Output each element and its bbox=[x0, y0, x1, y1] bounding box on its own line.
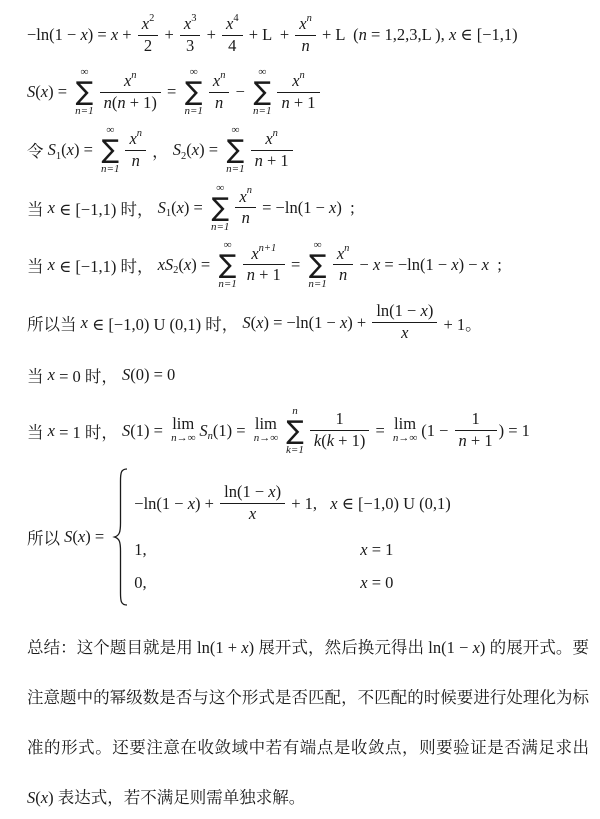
math-token: + bbox=[202, 25, 220, 45]
fraction: x22 bbox=[138, 14, 159, 56]
math-token: n bbox=[281, 93, 289, 114]
math-token: x bbox=[129, 129, 136, 150]
math-token: x bbox=[226, 14, 233, 35]
math-token: 4 bbox=[228, 36, 236, 57]
math-token: ) = bbox=[74, 140, 97, 160]
math-token: n bbox=[220, 69, 225, 82]
math-token: x bbox=[184, 255, 191, 275]
math-token: + L ( bbox=[318, 25, 359, 45]
math-token: + 1) bbox=[334, 431, 365, 452]
math-token: n bbox=[132, 151, 140, 172]
math-token: x bbox=[213, 71, 220, 92]
math-token: n bbox=[117, 93, 125, 114]
math-token: − bbox=[355, 255, 373, 275]
math-token: ) bbox=[48, 788, 58, 807]
math-token: ln(1 − x) bbox=[220, 482, 285, 503]
math-token: (1) = bbox=[130, 421, 167, 441]
math-token: S bbox=[173, 140, 181, 160]
math-token: + bbox=[118, 25, 136, 45]
math-token: ， bbox=[148, 138, 173, 162]
summation-operator: ∞∑n=1 bbox=[211, 182, 229, 233]
math-token: 3 bbox=[180, 35, 201, 57]
math-token: x bbox=[330, 494, 337, 514]
case-condition: x = 0 bbox=[330, 573, 393, 593]
formula-s-cases: 所以 S(x) = −ln(1 − x) + ln(1 − x)x + 1, x… bbox=[27, 467, 600, 607]
math-token: 4 bbox=[233, 12, 238, 25]
math-token: n=1 bbox=[101, 163, 119, 176]
summation-operator: ∞∑n=1 bbox=[226, 124, 244, 175]
fraction: ln(1 − x)x bbox=[372, 301, 437, 343]
math-token: x bbox=[329, 198, 336, 218]
math-token: ∑ bbox=[253, 79, 271, 105]
math-token: 当 bbox=[27, 419, 48, 443]
math-token: ∑ bbox=[185, 79, 203, 105]
math-token: 3 bbox=[186, 36, 194, 57]
math-token: ) + bbox=[347, 313, 370, 333]
math-token: = 1 bbox=[368, 540, 394, 560]
math-token: ∑ bbox=[101, 137, 119, 163]
math-token: n bbox=[235, 207, 256, 229]
math-token: ∑ bbox=[309, 252, 327, 278]
math-token: 当 bbox=[27, 253, 48, 277]
math-token: 2 bbox=[149, 12, 154, 25]
math-token: ∑ bbox=[219, 252, 237, 278]
summation-operator: ∞∑n=1 bbox=[101, 124, 119, 175]
math-token: = bbox=[371, 421, 389, 441]
math-token: n bbox=[273, 127, 278, 140]
formula-s-at-0: 当 x = 0 时， S(0) = 0 bbox=[27, 363, 600, 387]
summation-operator: ∞∑n=1 bbox=[308, 239, 326, 290]
math-token: ∈ [−1,1) 时， bbox=[55, 196, 158, 220]
math-token: x4 bbox=[222, 14, 243, 35]
math-token: x bbox=[48, 198, 55, 218]
fraction: xn+1n + 1 bbox=[243, 244, 285, 286]
math-token: n bbox=[339, 265, 347, 286]
math-token: = 1 时， bbox=[55, 419, 122, 443]
math-token: 1 bbox=[471, 409, 479, 430]
left-brace-icon bbox=[112, 467, 129, 607]
fraction: xnn + 1 bbox=[251, 129, 293, 171]
math-token: k bbox=[314, 431, 321, 452]
math-token: ∈ [−1,1) 时， bbox=[55, 253, 158, 277]
math-token: n bbox=[104, 93, 112, 114]
math-token: x bbox=[177, 198, 184, 218]
math-token: x bbox=[373, 255, 380, 275]
summation-operator: ∞∑n=1 bbox=[75, 66, 93, 117]
math-token: 0, bbox=[134, 573, 146, 593]
fraction: 1k(k + 1) bbox=[310, 409, 369, 451]
math-token: x bbox=[184, 14, 191, 35]
case-expression: 0, bbox=[134, 573, 330, 593]
fraction: xnn bbox=[333, 244, 354, 286]
formula-ln-expansion: −ln(1 − x) = x + x22 + x33 + x44 + L + x… bbox=[27, 10, 600, 60]
fraction: x33 bbox=[180, 14, 201, 56]
math-token: x bbox=[256, 313, 263, 333]
math-token: + 1) bbox=[126, 93, 157, 114]
summation-operator: n∑k=1 bbox=[286, 405, 304, 456]
math-token: n bbox=[255, 151, 263, 172]
formula-s1-sum: 当 x ∈ [−1,1) 时， S1(x) = ∞∑n=1xnn = −ln(1… bbox=[27, 182, 600, 233]
math-token: ) − bbox=[459, 255, 482, 275]
math-token: ∑ bbox=[227, 137, 245, 163]
summation-operator: ∞∑n=1 bbox=[218, 239, 236, 290]
math-token: = −ln(1 − bbox=[380, 255, 451, 275]
math-token: 总结：这个题目就是用 bbox=[27, 638, 197, 657]
case-row-x-equals-0: 0, x = 0 bbox=[134, 573, 451, 593]
math-token: S bbox=[158, 198, 166, 218]
math-token: n bbox=[359, 25, 367, 45]
math-token: ln(1 − bbox=[224, 482, 268, 503]
fraction: xnn(n + 1) bbox=[100, 71, 161, 113]
math-token: 当 bbox=[27, 363, 48, 387]
math-token: S bbox=[48, 140, 56, 160]
math-token: ) = bbox=[85, 527, 108, 547]
math-token: xn bbox=[100, 71, 161, 92]
math-token: ) bbox=[249, 638, 259, 657]
math-token: ) bbox=[428, 301, 434, 322]
math-token: x bbox=[337, 244, 344, 265]
math-token: ) = bbox=[48, 82, 71, 102]
math-token: ) = bbox=[88, 25, 111, 45]
math-token: ) = bbox=[199, 140, 222, 160]
math-token: x bbox=[268, 482, 275, 503]
math-token: x bbox=[360, 573, 367, 593]
math-token: x bbox=[473, 638, 480, 657]
math-token: + 1 bbox=[467, 431, 493, 452]
math-token: = 0 bbox=[368, 573, 394, 593]
math-token: x bbox=[292, 71, 299, 92]
math-token: x bbox=[299, 14, 306, 35]
case-row-union: −ln(1 − x) + ln(1 − x)x + 1, x ∈ [−1,0) … bbox=[134, 481, 451, 527]
math-token: xn bbox=[209, 71, 230, 92]
cases-rows: −ln(1 − x) + ln(1 − x)x + 1, x ∈ [−1,0) … bbox=[134, 481, 451, 593]
formula-series-split: S(x) = ∞∑n=1xnn(n + 1) = ∞∑n=1xnn − ∞∑n=… bbox=[27, 66, 600, 118]
math-token: n bbox=[131, 69, 136, 82]
math-token: ) bbox=[480, 638, 490, 657]
math-token: = bbox=[287, 255, 305, 275]
math-token: x bbox=[67, 140, 74, 160]
case-condition: x ∈ [−1,0) U (0,1) bbox=[330, 494, 451, 514]
summary-paragraph: 总结：这个题目就是用 ln(1 + x) 展开式，然后换元得出 ln(1 − x… bbox=[27, 623, 589, 819]
math-token: −ln(1 − bbox=[134, 494, 187, 514]
case-expression: −ln(1 − x) + ln(1 − x)x + 1, bbox=[134, 482, 330, 524]
math-token: n→∞ bbox=[254, 432, 278, 445]
math-token: S bbox=[64, 527, 72, 547]
math-token: n=1 bbox=[211, 221, 229, 234]
math-token: n bbox=[208, 431, 213, 442]
math-token: x bbox=[80, 25, 87, 45]
math-token: 2 bbox=[138, 35, 159, 57]
math-token: 1 bbox=[335, 409, 343, 430]
math-token: x bbox=[251, 244, 258, 265]
fraction: xnn bbox=[125, 129, 146, 171]
math-token: ) ; bbox=[336, 198, 354, 218]
math-token: x bbox=[48, 421, 55, 441]
math-token: −ln(1 − bbox=[27, 25, 80, 45]
math-token: + 1, bbox=[287, 494, 317, 514]
math-token: x2 bbox=[138, 14, 159, 35]
math-token: ) + bbox=[195, 494, 218, 514]
math-token: 所以 bbox=[27, 525, 64, 549]
math-token: + 1 bbox=[255, 265, 281, 286]
math-token: = −ln(1 − bbox=[258, 198, 329, 218]
math-token: ) = bbox=[184, 198, 207, 218]
math-token: + 1 bbox=[290, 93, 316, 114]
math-token: lim bbox=[255, 416, 277, 433]
math-token: 1, bbox=[134, 540, 146, 560]
math-token: x bbox=[48, 255, 55, 275]
math-token: x bbox=[241, 638, 248, 657]
math-token: x bbox=[142, 14, 149, 35]
math-token: k=1 bbox=[286, 444, 304, 457]
fraction: ln(1 − x)x bbox=[220, 482, 285, 524]
math-token: xn bbox=[125, 129, 146, 150]
math-token: ) bbox=[276, 482, 282, 503]
math-token: x bbox=[265, 129, 272, 150]
math-token: + 1 bbox=[263, 151, 289, 172]
math-token: xn bbox=[295, 14, 316, 35]
math-token: n bbox=[137, 127, 142, 140]
math-token: ∈ [−1,0) U (0,1) 时， bbox=[88, 311, 242, 335]
math-token: n=1 bbox=[253, 105, 271, 118]
math-token: n + 1 bbox=[243, 264, 285, 286]
math-token: n=1 bbox=[75, 105, 93, 118]
math-token: x bbox=[41, 788, 48, 807]
summation-operator: ∞∑n=1 bbox=[253, 66, 271, 117]
math-token: x bbox=[78, 527, 85, 547]
math-token: 1 bbox=[56, 151, 61, 162]
math-token: n bbox=[307, 12, 312, 25]
math-token: x bbox=[192, 140, 199, 160]
math-token: xn bbox=[251, 129, 293, 150]
math-token: 4 bbox=[222, 35, 243, 57]
math-token: ∈ [−1,1) bbox=[456, 25, 517, 45]
math-token: x bbox=[449, 25, 456, 45]
limit-operator: limn→∞ bbox=[393, 416, 417, 445]
math-token: n + 1 bbox=[277, 92, 319, 114]
math-solution-document: −ln(1 − x) = x + x22 + x33 + x44 + L + x… bbox=[0, 0, 600, 819]
math-token: x bbox=[188, 494, 195, 514]
math-token: n bbox=[242, 208, 250, 229]
math-token: n bbox=[125, 150, 146, 172]
math-token: n + 1 bbox=[251, 150, 293, 172]
limit-operator: limn→∞ bbox=[254, 416, 278, 445]
math-token: = bbox=[163, 82, 181, 102]
math-token: ∈ [−1,0) U (0,1) bbox=[338, 494, 451, 514]
math-token: + 1。 bbox=[439, 311, 481, 335]
math-token: ∑ bbox=[211, 195, 229, 221]
math-token: ; bbox=[489, 255, 502, 275]
math-token: n bbox=[209, 92, 230, 114]
math-token: n bbox=[333, 264, 354, 286]
math-token: x bbox=[111, 25, 118, 45]
math-token: ) = −ln(1 − bbox=[263, 313, 340, 333]
math-token: lim bbox=[394, 416, 416, 433]
math-token: n=1 bbox=[226, 163, 244, 176]
cases-lead-text: 所以 S(x) = bbox=[27, 525, 108, 549]
math-token: 当 bbox=[27, 196, 48, 220]
math-token: n + 1 bbox=[455, 430, 497, 452]
math-token: x bbox=[360, 540, 367, 560]
math-token: (1 − bbox=[421, 421, 452, 441]
fraction: xnn bbox=[235, 187, 256, 229]
math-token: + bbox=[160, 25, 178, 45]
math-token: n bbox=[459, 431, 467, 452]
math-token: x bbox=[482, 255, 489, 275]
math-token: x bbox=[81, 313, 88, 333]
math-token: ln(1 − bbox=[428, 638, 472, 657]
math-token: x bbox=[48, 365, 55, 385]
math-token: x bbox=[249, 504, 256, 525]
math-token: n bbox=[301, 36, 309, 57]
math-token: 1 bbox=[310, 409, 369, 430]
math-token: S bbox=[122, 421, 130, 441]
math-token: S bbox=[27, 82, 35, 102]
math-token: 所以当 bbox=[27, 311, 81, 335]
math-token: n bbox=[215, 93, 223, 114]
math-token: ∑ bbox=[286, 418, 304, 444]
fraction: xnn + 1 bbox=[277, 71, 319, 113]
math-token: 2 bbox=[181, 151, 186, 162]
fraction: xnn bbox=[295, 14, 316, 56]
math-token: n=1 bbox=[184, 105, 202, 118]
math-token: xn bbox=[235, 187, 256, 208]
math-token: xn bbox=[277, 71, 319, 92]
math-token: xn bbox=[333, 244, 354, 265]
summation-operator: ∞∑n=1 bbox=[184, 66, 202, 117]
math-token: x bbox=[451, 255, 458, 275]
math-token: n=1 bbox=[218, 278, 236, 291]
math-token: 展开式，然后换元得出 bbox=[258, 638, 428, 657]
math-token: n bbox=[247, 184, 252, 197]
math-token: S bbox=[199, 421, 207, 441]
math-token: = 0 时， bbox=[55, 363, 122, 387]
math-token: 1 bbox=[455, 409, 497, 430]
math-token: n+1 bbox=[259, 242, 277, 255]
math-token: n bbox=[300, 69, 305, 82]
math-token: ) = 1 bbox=[499, 421, 530, 441]
case-condition: x = 1 bbox=[330, 540, 393, 560]
math-token: x bbox=[401, 323, 408, 344]
math-token: lim bbox=[172, 416, 194, 433]
case-expression: 1, bbox=[134, 540, 330, 560]
formula-s-at-1-limit: 当 x = 1 时， S(1) = limn→∞Sn(1) = limn→∞n∑… bbox=[27, 405, 600, 457]
formula-define-s1-s2: 令 S1(x) = ∞∑n=1xnn ， S2(x) = ∞∑n=1xnn + … bbox=[27, 124, 600, 176]
math-token: x bbox=[220, 503, 285, 525]
math-token: + L + bbox=[245, 25, 294, 45]
document-page: { "colors": { "background": "#ffffff", "… bbox=[0, 0, 600, 819]
formula-xs2-sum: 当 x ∈ [−1,1) 时， xS2(x) = ∞∑n=1xn+1n + 1 … bbox=[27, 239, 600, 290]
math-token: n(n + 1) bbox=[100, 92, 161, 114]
math-token: n bbox=[295, 35, 316, 57]
math-token: (0) = 0 bbox=[130, 365, 175, 385]
math-token: 表达式，若不满足则需单独求解。 bbox=[58, 788, 306, 807]
math-token: (1) = bbox=[213, 421, 250, 441]
math-token: n bbox=[247, 265, 255, 286]
math-token: S bbox=[165, 255, 173, 275]
fraction: 1n + 1 bbox=[455, 409, 497, 451]
math-token: 1 bbox=[166, 208, 171, 219]
math-token: x3 bbox=[180, 14, 201, 35]
math-token: 2 bbox=[144, 36, 152, 57]
math-token: 3 bbox=[191, 12, 196, 25]
math-token: = 1,2,3,L ), bbox=[367, 25, 449, 45]
math-token: n=1 bbox=[308, 278, 326, 291]
math-token: ln(1 − bbox=[376, 301, 420, 322]
math-token: ln(1 + bbox=[197, 638, 241, 657]
math-token: x bbox=[239, 187, 246, 208]
math-token: n bbox=[344, 242, 349, 255]
math-token: x bbox=[340, 313, 347, 333]
math-token: ∑ bbox=[76, 79, 94, 105]
math-token: x bbox=[124, 71, 131, 92]
math-token: ) = bbox=[191, 255, 214, 275]
math-token: k bbox=[327, 431, 334, 452]
case-row-x-equals-1: 1, x = 1 bbox=[134, 540, 451, 560]
math-token: ln(1 − x) bbox=[372, 301, 437, 322]
limit-operator: limn→∞ bbox=[171, 416, 195, 445]
math-token: 2 bbox=[173, 265, 178, 276]
math-token: x bbox=[41, 82, 48, 102]
math-token: − bbox=[231, 82, 249, 102]
fraction: x44 bbox=[222, 14, 243, 56]
math-token: xn+1 bbox=[243, 244, 285, 265]
formula-s-union: 所以当 x ∈ [−1,0) U (0,1) 时， S(x) = −ln(1 −… bbox=[27, 299, 600, 347]
math-token: n→∞ bbox=[393, 432, 417, 445]
math-token: S bbox=[27, 788, 35, 807]
fraction: xnn bbox=[209, 71, 230, 113]
math-token: S bbox=[242, 313, 250, 333]
math-token: S bbox=[122, 365, 130, 385]
math-token: x bbox=[372, 322, 437, 344]
math-token: 令 bbox=[27, 138, 48, 162]
math-token: x bbox=[420, 301, 427, 322]
math-token: x bbox=[158, 255, 165, 275]
math-token: n→∞ bbox=[171, 432, 195, 445]
math-token: k(k + 1) bbox=[310, 430, 369, 452]
